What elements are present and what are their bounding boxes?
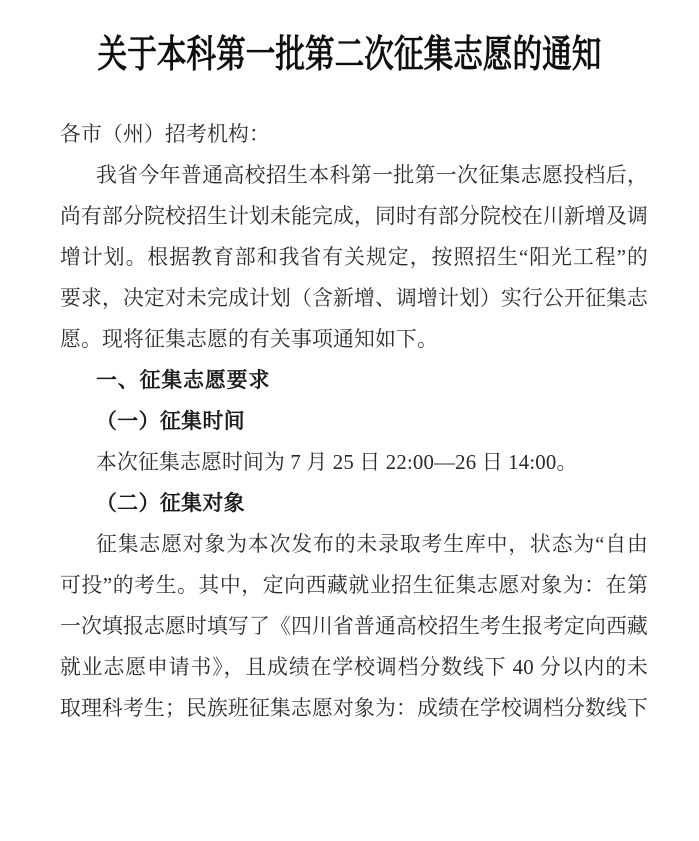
- text-line: 就业志愿申请书》，且成绩在学校调档分数线下 40 分以内的未录: [60, 647, 648, 688]
- document-page: 关于本科第一批第二次征集志愿的通知 各市（州）招考机构： 我省今年普通高校招生本…: [0, 0, 699, 841]
- text-line: 愿。现将征集志愿的有关事项通知如下。: [60, 319, 648, 360]
- text-line: 取理科考生；民族班征集志愿对象为：成绩在学校调档分数线下: [60, 688, 648, 729]
- document-body: 各市（州）招考机构： 我省今年普通高校招生本科第一批第一次征集志愿投档后， 尚有…: [0, 114, 648, 729]
- document-title: 关于本科第一批第二次征集志愿的通知: [77, 30, 622, 80]
- text-line: 尚有部分院校招生计划未能完成，同时有部分院校在川新增及调: [60, 196, 648, 237]
- subsection-heading: （一）征集时间: [60, 401, 648, 442]
- text-line: 我省今年普通高校招生本科第一批第一次征集志愿投档后，: [60, 155, 648, 196]
- subsection-heading: （二）征集对象: [60, 483, 648, 524]
- text-line: 一次填报志愿时填写了《四川省普通高校招生考生报考定向西藏: [60, 606, 648, 647]
- section-heading: 一、征集志愿要求: [60, 360, 648, 401]
- text-line: 增计划。根据教育部和我省有关规定，按照招生“阳光工程”的: [60, 237, 648, 278]
- text-line: 征集志愿对象为本次发布的未录取考生库中，状态为“自由: [60, 524, 648, 565]
- salutation-line: 各市（州）招考机构：: [60, 114, 648, 155]
- text-line: 可投”的考生。其中，定向西藏就业招生征集志愿对象为：在第: [60, 565, 648, 606]
- text-line: 要求，决定对未完成计划（含新增、调增计划）实行公开征集志: [60, 278, 648, 319]
- text-line: 本次征集志愿时间为 7 月 25 日 22:00—26 日 14:00。: [60, 442, 648, 483]
